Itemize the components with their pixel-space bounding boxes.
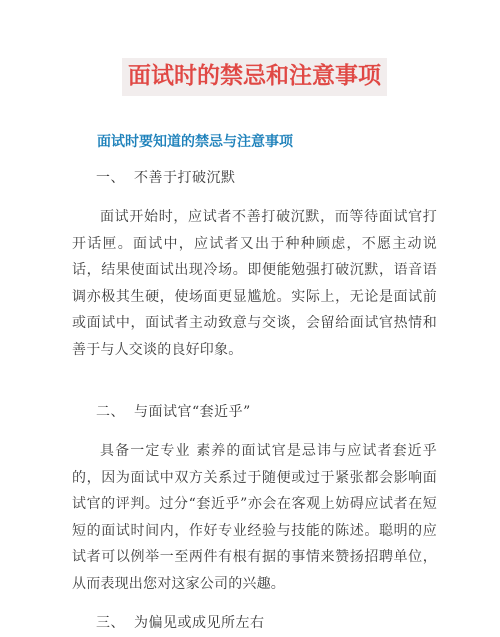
section-2-title: 与面试官“套近乎”	[134, 404, 251, 420]
section-1: 一、不善于打破沉默 面试开始时，应试者不善打破沉默，而等待面试官打开话匣。面试中…	[72, 169, 437, 363]
document-title-text: 面试时的禁忌和注意事项	[122, 58, 387, 96]
document-title: 面试时的禁忌和注意事项	[72, 0, 437, 96]
section-3-heading: 三、为偏见或成见所左右	[96, 614, 437, 633]
section-3-title: 为偏见或成见所左右	[134, 615, 265, 631]
section-2-heading: 二、与面试官“套近乎”	[96, 403, 437, 422]
section-1-number: 一、	[96, 170, 125, 186]
section-1-heading: 一、不善于打破沉默	[96, 169, 437, 188]
section-2-paragraph: 具备一定专业 素养的面试官是忌讳与应试者套近乎的，因为面试中双方关系过于随便或过…	[72, 438, 437, 597]
document-subtitle: 面试时要知道的禁忌与注意事项	[97, 133, 437, 152]
document-viewport: { "title": "面试时的禁忌和注意事项", "subtitle": "面…	[0, 0, 500, 637]
section-3-number: 三、	[96, 615, 125, 631]
section-3: 三、为偏见或成见所左右	[72, 614, 437, 633]
section-2: 二、与面试官“套近乎” 具备一定专业 素养的面试官是忌讳与应试者套近乎的，因为面…	[72, 403, 437, 597]
document-page: 面试时的禁忌和注意事项 面试时要知道的禁忌与注意事项 一、不善于打破沉默 面试开…	[0, 0, 500, 637]
section-2-number: 二、	[96, 404, 125, 420]
section-1-title: 不善于打破沉默	[134, 170, 236, 186]
section-1-paragraph: 面试开始时，应试者不善打破沉默，而等待面试官打开话匣。面试中，应试者又出于种种顾…	[72, 204, 437, 363]
